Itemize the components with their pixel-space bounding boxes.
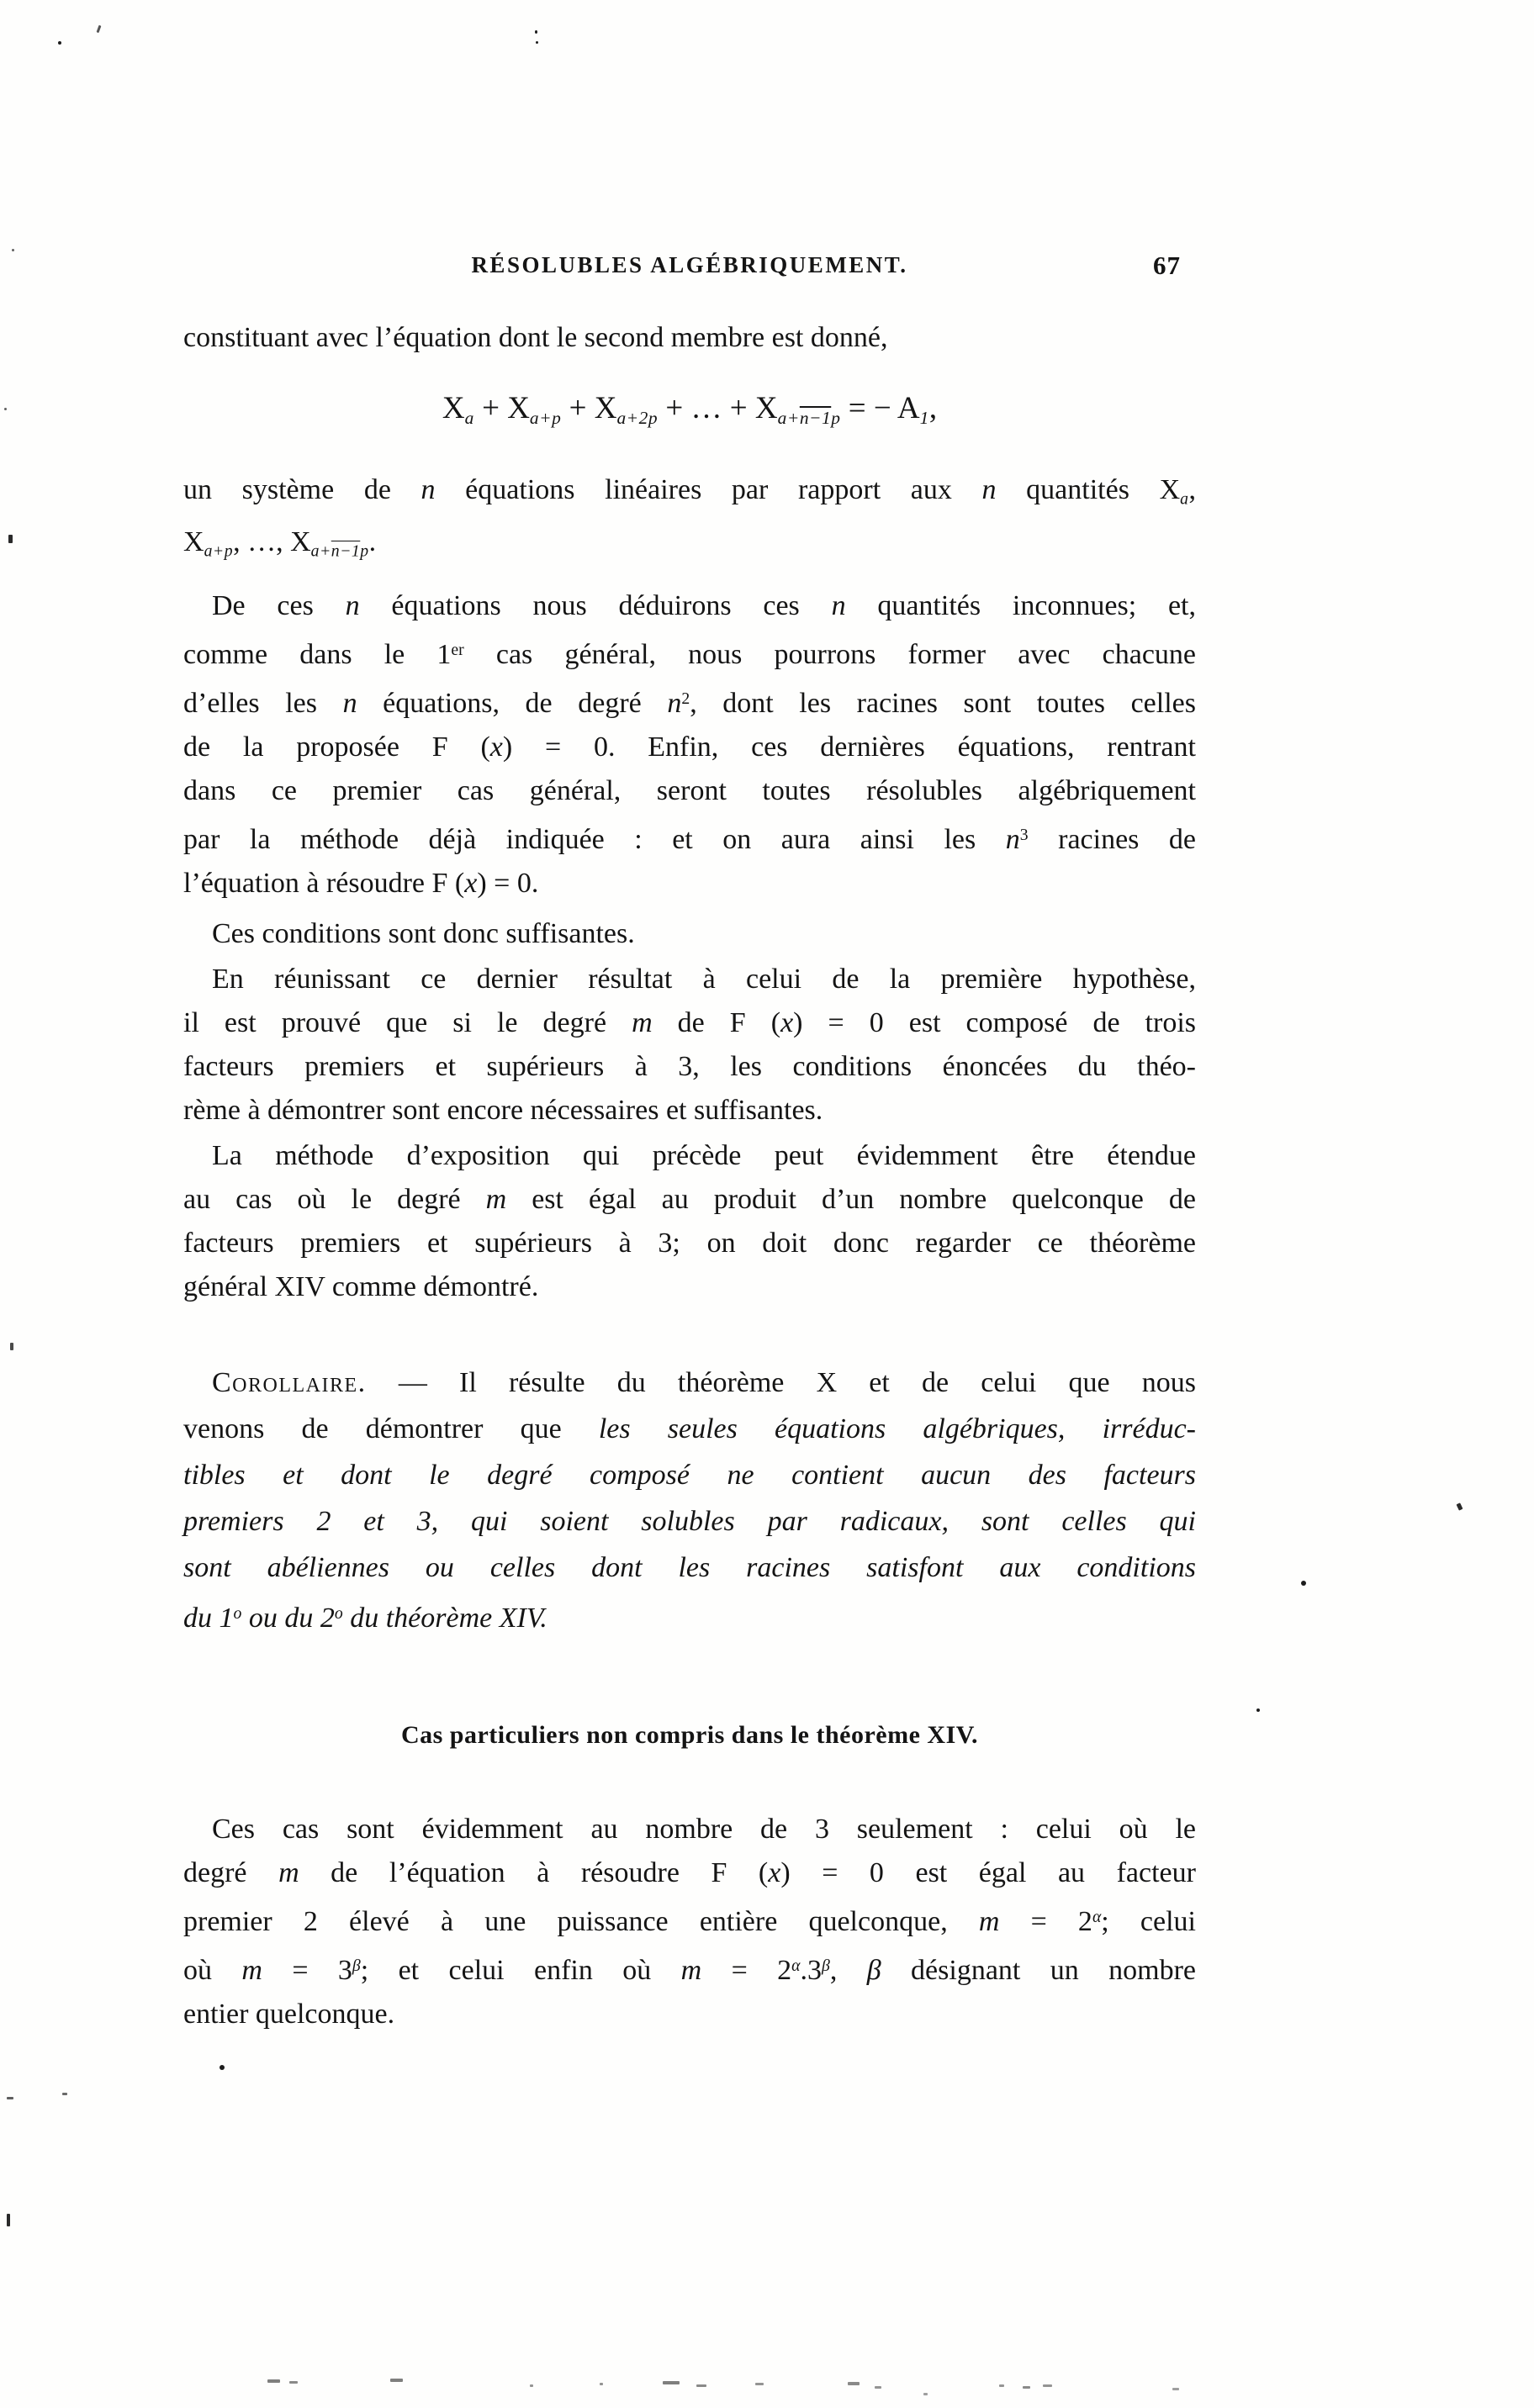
text-segment: n	[667, 688, 681, 719]
text-segment: degré	[183, 1857, 278, 1888]
scan-speck	[663, 2381, 680, 2384]
text-segment: n	[982, 474, 997, 505]
text-segment: x	[490, 731, 503, 763]
text-segment: En réunissant ce dernier résultat à celu…	[212, 964, 1196, 995]
scan-speck	[848, 2382, 860, 2385]
text-segment: = 2	[999, 1906, 1092, 1937]
scan-speck	[12, 249, 14, 251]
text-segment: quantités X	[997, 474, 1181, 505]
text-segment: tibles et dont le degré composé ne conti…	[183, 1460, 1196, 1491]
text-segment: ; celui	[1101, 1906, 1196, 1937]
text-line: l’équation à résoudre F (x) = 0.	[183, 862, 1196, 906]
text-segment: rème à démontrer sont encore nécessaires…	[183, 1095, 823, 1126]
text-segment: m	[278, 1857, 299, 1888]
text-segment: La méthode d’exposition qui précède peut…	[212, 1140, 1196, 1171]
text-segment: du théorème XIV.	[343, 1603, 547, 1634]
text-segment: x	[464, 868, 477, 899]
scan-speck	[999, 2384, 1004, 2387]
text-segment: dans ce premier cas général, seront tout…	[183, 775, 1196, 806]
scan-speck	[535, 30, 537, 34]
text-segment: De ces	[212, 590, 346, 621]
text-segment: β	[867, 1955, 881, 1986]
text-segment: les seules équations algébriques, irrédu…	[599, 1413, 1196, 1444]
text-segment: = − A	[840, 391, 919, 425]
text-segment: p	[360, 541, 368, 560]
text-line: La méthode d’exposition qui précède peut…	[183, 1134, 1196, 1178]
text-line: dans ce premier cas général, seront tout…	[183, 769, 1196, 813]
text-segment: facteurs premiers et supérieurs à 3; on …	[183, 1228, 1196, 1259]
page-content: RÉSOLUBLES ALGÉBRIQUEMENT. 67 constituan…	[183, 252, 1196, 2036]
text-segment: X	[442, 391, 465, 425]
running-title: RÉSOLUBLES ALGÉBRIQUEMENT.	[471, 252, 907, 277]
text-segment: Corollaire.	[212, 1367, 367, 1398]
paragraph: constituant avec l’équation dont le seco…	[183, 316, 1196, 360]
text-segment: ) = 0 est égal au facteur	[780, 1857, 1196, 1888]
text-segment: Ces conditions sont donc suffisantes.	[212, 918, 635, 949]
text-line: Ces conditions sont donc suffisantes.	[183, 912, 1196, 956]
text-line: premier 2 élevé à une puissance entière …	[183, 1895, 1196, 1944]
text-line: venons de démontrer que les seules équat…	[183, 1406, 1196, 1452]
text-segment: il est prouvé que si le degré	[183, 1007, 632, 1038]
text-segment: ,	[1189, 474, 1197, 505]
equation: Xa + Xa+p + Xa+2p + … + Xa+n−1p = − A1,	[183, 382, 1196, 445]
text-segment: quantités inconnues; et,	[846, 590, 1196, 621]
text-line: où m = 3β; et celui enfin où m = 2α.3β, …	[183, 1944, 1196, 1993]
section-heading: Cas particuliers non compris dans le thé…	[183, 1717, 1196, 1754]
text-segment: premier 2 élevé à une puissance entière …	[183, 1906, 979, 1937]
scan-speck	[1172, 2388, 1179, 2390]
text-line: constituant avec l’équation dont le seco…	[183, 316, 1196, 360]
text-line: Xa+p, …, Xa+n−1p.	[183, 520, 1196, 573]
text-line: comme dans le 1er cas général, nous pour…	[183, 628, 1196, 677]
text-segment: sont abéliennes ou celles dont les racin…	[183, 1552, 1196, 1583]
scan-speck	[390, 2379, 403, 2382]
text-segment: .	[369, 526, 377, 557]
text-segment: o	[335, 1604, 343, 1623]
text-segment: o	[234, 1604, 242, 1623]
scan-speck	[7, 2097, 13, 2099]
text-segment: premiers 2 et 3, qui soient solubles par…	[183, 1506, 1196, 1537]
text-segment: a+p	[204, 541, 234, 560]
text-segment: β	[352, 1956, 361, 1975]
text-segment: de la proposée F (	[183, 731, 490, 763]
text-segment: 2	[681, 689, 690, 708]
text-segment: équations nous déduirons ces	[360, 590, 832, 621]
text-segment: m	[486, 1184, 507, 1215]
text-segment: α	[1092, 1908, 1101, 1926]
text-line: au cas où le degré m est égal au produit…	[183, 1178, 1196, 1222]
text-segment: + X	[474, 391, 530, 425]
text-segment: 1	[920, 408, 929, 428]
text-segment: + X	[561, 391, 616, 425]
text-segment: n−1	[331, 541, 361, 560]
scan-speck	[7, 2214, 10, 2226]
scan-speck	[10, 1343, 13, 1350]
scan-speck	[267, 2379, 280, 2383]
text-line: degré m de l’équation à résoudre F (x) =…	[183, 1851, 1196, 1895]
text-segment: .3	[801, 1955, 823, 1986]
text-segment: venons de démontrer que	[183, 1413, 599, 1444]
text-segment: ) = 0 est composé de trois	[793, 1007, 1196, 1038]
scan-speck	[8, 535, 13, 543]
page-number: 67	[1153, 251, 1181, 281]
text-segment: facteurs premiers et supérieurs à 3, les…	[183, 1051, 1196, 1082]
text-segment: général XIV comme démontré.	[183, 1271, 538, 1302]
paragraph: Ces cas sont évidemment au nombre de 3 s…	[183, 1808, 1196, 2036]
scan-speck	[600, 2383, 603, 2385]
paragraph: Ces conditions sont donc suffisantes.	[183, 912, 1196, 956]
paragraph: De ces n équations nous déduirons ces n …	[183, 584, 1196, 906]
page-header: RÉSOLUBLES ALGÉBRIQUEMENT. 67	[183, 252, 1196, 286]
text-line: de la proposée F (x) = 0. Enfin, ces der…	[183, 726, 1196, 769]
text-segment: ) = 0. Enfin, ces dernières équations, r…	[503, 731, 1196, 763]
text-segment: équations, de degré	[357, 688, 668, 719]
text-line: un système de n équations linéaires par …	[183, 468, 1196, 520]
text-segment: p	[831, 408, 840, 428]
text-segment: ,	[929, 391, 937, 425]
text-segment: désignant un nombre	[881, 1955, 1196, 1986]
text-segment: cas général, nous pourrons former avec c…	[464, 639, 1196, 670]
text-line: il est prouvé que si le degré m de F (x)…	[183, 1001, 1196, 1045]
text-line: premiers 2 et 3, qui soient solubles par…	[183, 1498, 1196, 1545]
scan-speck	[875, 2386, 881, 2389]
paragraph: La méthode d’exposition qui précède peut…	[183, 1134, 1196, 1309]
text-segment: + … + X	[658, 391, 777, 425]
text-segment: — Il résulte du théorème X et de celui q…	[367, 1367, 1196, 1398]
text-segment: , …, X	[233, 526, 311, 557]
text-segment: n	[832, 590, 846, 621]
text-line: d’elles les n équations, de degré n2, do…	[183, 677, 1196, 726]
text-line: du 1o ou du 2o du théorème XIV.	[183, 1591, 1196, 1641]
text-segment: par la méthode déjà indiquée : et on aur…	[183, 824, 1006, 855]
text-segment: x	[780, 1007, 793, 1038]
scan-speck	[923, 2393, 928, 2395]
text-line: général XIV comme démontré.	[183, 1265, 1196, 1309]
scan-speck	[536, 41, 538, 44]
text-segment: m	[681, 1955, 702, 1986]
text-segment: équations linéaires par rapport aux	[436, 474, 982, 505]
scan-speck	[62, 2093, 67, 2095]
text-segment: constituant avec l’équation dont le seco…	[183, 322, 887, 353]
text-segment: X	[183, 526, 204, 557]
text-segment: m	[979, 1906, 1000, 1937]
text-segment: , dont les racines sont toutes celles	[690, 688, 1196, 719]
scan-speck	[1301, 1581, 1306, 1586]
text-line: sont abéliennes ou celles dont les racin…	[183, 1545, 1196, 1591]
text-segment: de l’équation à résoudre F (	[299, 1857, 769, 1888]
text-segment: d’elles les	[183, 688, 343, 719]
text-line: En réunissant ce dernier résultat à celu…	[183, 958, 1196, 1001]
scan-speck	[58, 41, 61, 45]
body-text: constituant avec l’équation dont le seco…	[183, 316, 1196, 2036]
scan-speck	[289, 2381, 298, 2384]
text-segment: a	[1180, 489, 1188, 508]
text-segment: m	[632, 1007, 653, 1038]
text-segment: a+	[778, 408, 800, 428]
scan-speck	[220, 2065, 225, 2070]
paragraph: un système de n équations linéaires par …	[183, 468, 1196, 573]
text-segment: n	[421, 474, 436, 505]
text-line: entier quelconque.	[183, 1993, 1196, 2036]
text-segment: a+p	[530, 408, 561, 428]
text-line: Corollaire. — Il résulte du théorème X e…	[183, 1360, 1196, 1406]
paragraph: En réunissant ce dernier résultat à celu…	[183, 958, 1196, 1133]
text-segment: n	[1006, 824, 1020, 855]
paragraph: Corollaire. — Il résulte du théorème X e…	[183, 1360, 1196, 1641]
text-line: rème à démontrer sont encore nécessaires…	[183, 1089, 1196, 1133]
text-line: Ces cas sont évidemment au nombre de 3 s…	[183, 1808, 1196, 1851]
text-segment: β	[822, 1956, 830, 1975]
text-segment: ou du 2	[241, 1603, 335, 1634]
text-segment: Ces cas sont évidemment au nombre de 3 s…	[212, 1814, 1196, 1845]
text-segment: = 3	[262, 1955, 352, 1986]
text-line: par la méthode déjà indiquée : et on aur…	[183, 813, 1196, 862]
text-segment: er	[451, 641, 463, 659]
text-segment: est égal au produit d’un nombre quelconq…	[506, 1184, 1196, 1215]
text-segment: n−1	[800, 408, 831, 428]
text-segment: a	[465, 408, 474, 428]
text-line: facteurs premiers et supérieurs à 3, les…	[183, 1045, 1196, 1089]
text-segment: a+2p	[616, 408, 658, 428]
scan-speck	[755, 2383, 764, 2385]
text-segment: x	[768, 1857, 780, 1888]
text-segment: de F (	[653, 1007, 780, 1038]
text-segment: n	[346, 590, 360, 621]
text-line: tibles et dont le degré composé ne conti…	[183, 1452, 1196, 1498]
text-segment: α	[791, 1956, 800, 1975]
text-segment: n	[343, 688, 357, 719]
text-segment: ) = 0.	[477, 868, 538, 899]
scan-speck	[530, 2384, 533, 2387]
text-segment: un système de	[183, 474, 421, 505]
scan-speck	[1457, 1502, 1463, 1510]
text-segment: où	[183, 1955, 241, 1986]
text-segment: a+	[311, 541, 331, 560]
text-segment: 3	[1020, 826, 1029, 844]
scan-speck	[1023, 2386, 1030, 2389]
text-segment: ; et celui enfin où	[361, 1955, 681, 1986]
text-segment: ,	[830, 1955, 867, 1986]
text-line: facteurs premiers et supérieurs à 3; on …	[183, 1222, 1196, 1265]
text-segment: = 2	[701, 1955, 791, 1986]
scan-speck	[4, 408, 7, 410]
scan-speck	[1256, 1708, 1260, 1712]
text-segment: du 1	[183, 1603, 234, 1634]
text-segment: racines de	[1029, 824, 1196, 855]
scan-speck	[696, 2384, 706, 2387]
text-line: De ces n équations nous déduirons ces n …	[183, 584, 1196, 628]
text-segment: comme dans le 1	[183, 639, 451, 670]
text-segment: au cas où le degré	[183, 1184, 486, 1215]
text-segment: m	[241, 1955, 262, 1986]
book-page: RÉSOLUBLES ALGÉBRIQUEMENT. 67 constituan…	[0, 0, 1534, 2408]
text-segment: l’équation à résoudre F (	[183, 868, 464, 899]
scan-speck	[1043, 2384, 1052, 2387]
text-segment: entier quelconque.	[183, 1999, 394, 2030]
scan-speck	[97, 25, 102, 33]
